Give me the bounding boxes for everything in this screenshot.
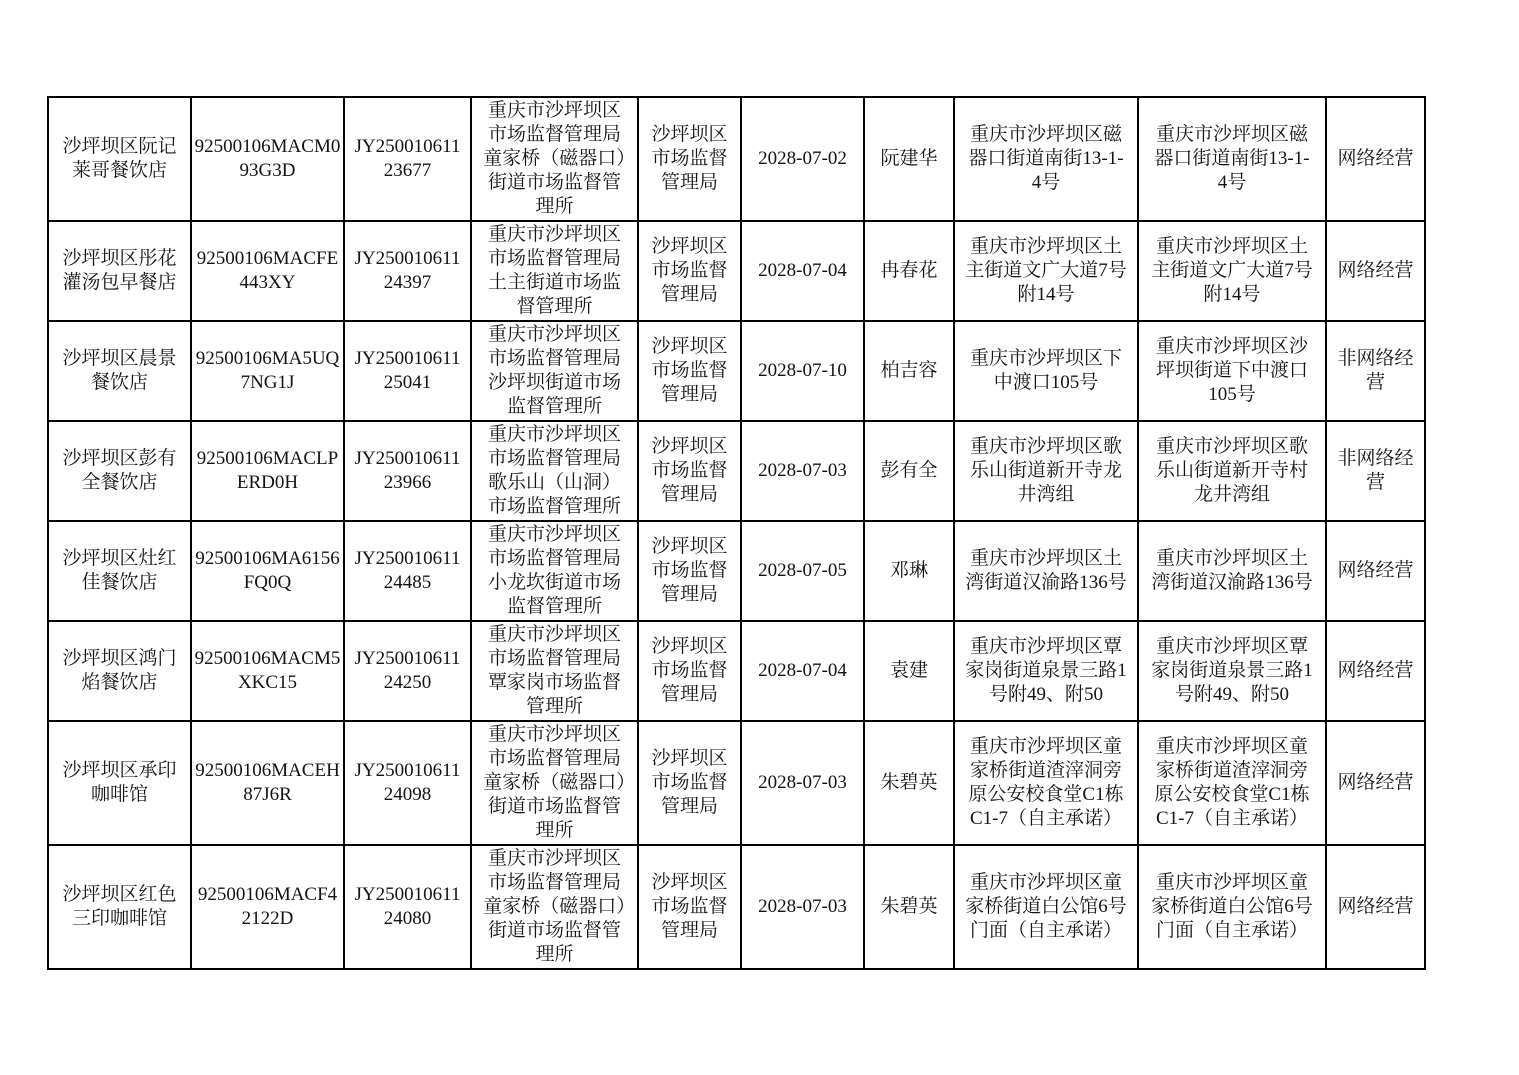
table-row: 沙坪坝区红色三印咖啡馆 92500106MACF42122D JY2500106… <box>48 845 1425 969</box>
cell-supervision-office: 重庆市沙坪坝区市场监督管理局童家桥（磁器口）街道市场监督管理所 <box>471 97 638 221</box>
cell-operator: 柏吉容 <box>864 321 954 421</box>
table-row: 沙坪坝区承印咖啡馆 92500106MACEH87J6R JY250010611… <box>48 721 1425 845</box>
cell-supervision-bureau: 沙坪坝区市场监督管理局 <box>638 221 741 321</box>
cell-supervision-office: 重庆市沙坪坝区市场监督管理局歌乐山（山洞）市场监督管理所 <box>471 421 638 521</box>
cell-business-address: 重庆市沙坪坝区童家桥街道白公馆6号门面（自主承诺） <box>954 845 1138 969</box>
cell-operation-mode: 非网络经营 <box>1326 321 1425 421</box>
cell-date: 2028-07-03 <box>741 721 864 845</box>
table-row: 沙坪坝区彤花灌汤包早餐店 92500106MACFE443XY JY250010… <box>48 221 1425 321</box>
cell-date: 2028-07-05 <box>741 521 864 621</box>
table-row: 沙坪坝区晨景餐饮店 92500106MA5UQ7NG1J JY250010611… <box>48 321 1425 421</box>
cell-date: 2028-07-04 <box>741 621 864 721</box>
cell-supervision-bureau: 沙坪坝区市场监督管理局 <box>638 521 741 621</box>
cell-supervision-office: 重庆市沙坪坝区市场监督管理局童家桥（磁器口）街道市场监督管理所 <box>471 721 638 845</box>
cell-business-address: 重庆市沙坪坝区下中渡口105号 <box>954 321 1138 421</box>
registration-table: 沙坪坝区阮记莱哥餐饮店 92500106MACM093G3D JY2500106… <box>47 96 1426 970</box>
cell-supervision-office: 重庆市沙坪坝区市场监督管理局童家桥（磁器口）街道市场监督管理所 <box>471 845 638 969</box>
cell-date: 2028-07-02 <box>741 97 864 221</box>
cell-business-name: 沙坪坝区彤花灌汤包早餐店 <box>48 221 191 321</box>
cell-premises-address: 重庆市沙坪坝区覃家岗街道泉景三路1号附49、附50 <box>1138 621 1326 721</box>
cell-business-name: 沙坪坝区灶红佳餐饮店 <box>48 521 191 621</box>
cell-credit-code: 92500106MA6156FQ0Q <box>191 521 344 621</box>
cell-supervision-office: 重庆市沙坪坝区市场监督管理局覃家岗市场监督管理所 <box>471 621 638 721</box>
cell-premises-address: 重庆市沙坪坝区土湾街道汉渝路136号 <box>1138 521 1326 621</box>
cell-premises-address: 重庆市沙坪坝区土主街道文广大道7号附14号 <box>1138 221 1326 321</box>
cell-supervision-bureau: 沙坪坝区市场监督管理局 <box>638 321 741 421</box>
cell-credit-code: 92500106MACF42122D <box>191 845 344 969</box>
cell-supervision-bureau: 沙坪坝区市场监督管理局 <box>638 621 741 721</box>
cell-business-name: 沙坪坝区鸿门焰餐饮店 <box>48 621 191 721</box>
table-row: 沙坪坝区阮记莱哥餐饮店 92500106MACM093G3D JY2500106… <box>48 97 1425 221</box>
cell-business-name: 沙坪坝区阮记莱哥餐饮店 <box>48 97 191 221</box>
cell-supervision-bureau: 沙坪坝区市场监督管理局 <box>638 421 741 521</box>
cell-operator: 阮建华 <box>864 97 954 221</box>
cell-credit-code: 92500106MA5UQ7NG1J <box>191 321 344 421</box>
cell-business-name: 沙坪坝区彭有全餐饮店 <box>48 421 191 521</box>
cell-premises-address: 重庆市沙坪坝区沙坪坝街道下中渡口105号 <box>1138 321 1326 421</box>
cell-credit-code: 92500106MACM5XKC15 <box>191 621 344 721</box>
cell-date: 2028-07-10 <box>741 321 864 421</box>
cell-business-address: 重庆市沙坪坝区歌乐山街道新开寺龙井湾组 <box>954 421 1138 521</box>
cell-license-no: JY25001061124080 <box>344 845 471 969</box>
cell-operation-mode: 网络经营 <box>1326 621 1425 721</box>
cell-credit-code: 92500106MACEH87J6R <box>191 721 344 845</box>
cell-business-address: 重庆市沙坪坝区土主街道文广大道7号附14号 <box>954 221 1138 321</box>
cell-operation-mode: 网络经营 <box>1326 845 1425 969</box>
cell-date: 2028-07-03 <box>741 421 864 521</box>
cell-operator: 袁建 <box>864 621 954 721</box>
cell-business-name: 沙坪坝区承印咖啡馆 <box>48 721 191 845</box>
cell-supervision-bureau: 沙坪坝区市场监督管理局 <box>638 97 741 221</box>
cell-credit-code: 92500106MACM093G3D <box>191 97 344 221</box>
cell-credit-code: 92500106MACLPERD0H <box>191 421 344 521</box>
document-page: 沙坪坝区阮记莱哥餐饮店 92500106MACM093G3D JY2500106… <box>0 0 1519 1075</box>
cell-date: 2028-07-03 <box>741 845 864 969</box>
cell-business-address: 重庆市沙坪坝区童家桥街道渣滓洞旁原公安校食堂C1栋C1-7（自主承诺） <box>954 721 1138 845</box>
cell-license-no: JY25001061124485 <box>344 521 471 621</box>
cell-business-name: 沙坪坝区红色三印咖啡馆 <box>48 845 191 969</box>
cell-operator: 朱碧英 <box>864 845 954 969</box>
cell-premises-address: 重庆市沙坪坝区童家桥街道白公馆6号门面（自主承诺） <box>1138 845 1326 969</box>
cell-license-no: JY25001061124397 <box>344 221 471 321</box>
cell-operator: 朱碧英 <box>864 721 954 845</box>
cell-operator: 冉春花 <box>864 221 954 321</box>
cell-supervision-bureau: 沙坪坝区市场监督管理局 <box>638 845 741 969</box>
cell-license-no: JY25001061124250 <box>344 621 471 721</box>
cell-premises-address: 重庆市沙坪坝区磁器口街道南街13-1-4号 <box>1138 97 1326 221</box>
cell-business-name: 沙坪坝区晨景餐饮店 <box>48 321 191 421</box>
table-row: 沙坪坝区彭有全餐饮店 92500106MACLPERD0H JY25001061… <box>48 421 1425 521</box>
cell-supervision-office: 重庆市沙坪坝区市场监督管理局小龙坎街道市场监督管理所 <box>471 521 638 621</box>
cell-business-address: 重庆市沙坪坝区覃家岗街道泉景三路1号附49、附50 <box>954 621 1138 721</box>
cell-license-no: JY25001061125041 <box>344 321 471 421</box>
cell-supervision-office: 重庆市沙坪坝区市场监督管理局土主街道市场监督管理所 <box>471 221 638 321</box>
cell-license-no: JY25001061123966 <box>344 421 471 521</box>
cell-credit-code: 92500106MACFE443XY <box>191 221 344 321</box>
cell-supervision-bureau: 沙坪坝区市场监督管理局 <box>638 721 741 845</box>
cell-operator: 邓琳 <box>864 521 954 621</box>
cell-license-no: JY25001061124098 <box>344 721 471 845</box>
cell-operation-mode: 网络经营 <box>1326 721 1425 845</box>
cell-license-no: JY25001061123677 <box>344 97 471 221</box>
cell-supervision-office: 重庆市沙坪坝区市场监督管理局沙坪坝街道市场监督管理所 <box>471 321 638 421</box>
cell-premises-address: 重庆市沙坪坝区童家桥街道渣滓洞旁原公安校食堂C1栋C1-7（自主承诺） <box>1138 721 1326 845</box>
table-row: 沙坪坝区鸿门焰餐饮店 92500106MACM5XKC15 JY25001061… <box>48 621 1425 721</box>
cell-operation-mode: 网络经营 <box>1326 221 1425 321</box>
cell-operation-mode: 网络经营 <box>1326 97 1425 221</box>
cell-date: 2028-07-04 <box>741 221 864 321</box>
table-row: 沙坪坝区灶红佳餐饮店 92500106MA6156FQ0Q JY25001061… <box>48 521 1425 621</box>
cell-business-address: 重庆市沙坪坝区磁器口街道南街13-1-4号 <box>954 97 1138 221</box>
cell-premises-address: 重庆市沙坪坝区歌乐山街道新开寺村龙井湾组 <box>1138 421 1326 521</box>
cell-business-address: 重庆市沙坪坝区土湾街道汉渝路136号 <box>954 521 1138 621</box>
cell-operator: 彭有全 <box>864 421 954 521</box>
cell-operation-mode: 非网络经营 <box>1326 421 1425 521</box>
cell-operation-mode: 网络经营 <box>1326 521 1425 621</box>
